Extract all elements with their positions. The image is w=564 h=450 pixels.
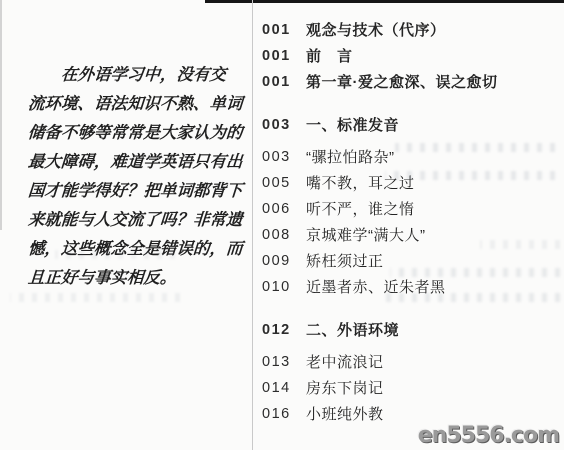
page-bleed-through: [390, 268, 560, 277]
page-bleed-through: [55, 250, 175, 259]
page-bleed-through: [395, 143, 555, 152]
toc-row-item: 016小班纯外教: [262, 406, 558, 423]
toc-entry-title: 一、标准发音: [306, 117, 399, 134]
toc-page-number: 008: [262, 227, 306, 244]
toc-entry-title: 京城难学“满大人”: [306, 227, 426, 244]
toc-page-number: 003: [262, 117, 306, 134]
quote-line: 储备不够等常常是大家认为的: [27, 118, 253, 147]
toc-entry-title: 第一章·爱之愈深、误之愈切: [306, 74, 498, 91]
page-bleed-through: [380, 293, 560, 302]
toc-row-item: 013老中流浪记: [262, 354, 558, 371]
toc-page-number: 001: [262, 22, 306, 39]
quote-line: 来就能与人交流了吗？非常遗: [27, 205, 253, 234]
table-of-contents: 001观念与技术（代序）001前 言001第一章·爱之愈深、误之愈切003一、标…: [262, 22, 558, 432]
book-toc-page-scan: 在外语学习中，没有交流环境、语法知识不熟、单词储备不够等常常是大家认为的最大障碍…: [0, 0, 564, 450]
toc-page-number: 010: [262, 279, 306, 296]
toc-entry-title: 小班纯外教: [306, 406, 384, 423]
toc-page-number: 001: [262, 48, 306, 65]
watermark: en5556.com: [418, 423, 559, 448]
toc-row-section-header: 003一、标准发音: [262, 117, 558, 134]
toc-entry-title: 老中流浪记: [306, 354, 384, 371]
toc-page-number: 006: [262, 201, 306, 218]
toc-page-number: 005: [262, 175, 306, 192]
toc-row-item: 014房东下岗记: [262, 380, 558, 397]
quote-line: 且正好与事实相反。: [27, 263, 253, 292]
toc-entry-title: 听不严，谁之惰: [306, 201, 415, 218]
quote-line: 流环境、语法知识不熟、单词: [27, 89, 253, 118]
page-bleed-through: [10, 293, 180, 302]
page-bleed-through: [385, 171, 555, 180]
scan-edge-left: [0, 0, 2, 230]
toc-page-number: 001: [262, 74, 306, 91]
toc-entry-title: 前 言: [306, 48, 353, 65]
toc-entry-title: 观念与技术（代序）: [306, 22, 446, 39]
quote-line: 最大障碍，难道学英语只有出: [27, 147, 253, 176]
toc-page-number: 003: [262, 149, 306, 166]
toc-row-item: 006听不严，谁之惰: [262, 201, 558, 218]
toc-page-number: 013: [262, 354, 306, 371]
quote-line: 国才能学得好？把单词都背下: [27, 176, 253, 205]
toc-page-number: 014: [262, 380, 306, 397]
toc-row-front-matter: 001前 言: [262, 48, 558, 65]
scan-edge-top: [205, 0, 564, 3]
toc-entry-title: “骡拉怕路杂”: [306, 149, 395, 166]
toc-page-number: 016: [262, 406, 306, 423]
toc-entry-title: 二、外语环境: [306, 322, 399, 339]
toc-row-front-matter: 001第一章·爱之愈深、误之愈切: [262, 74, 558, 91]
toc-entry-title: 矫枉须过正: [306, 253, 384, 270]
toc-page-number: 012: [262, 322, 306, 339]
quote-line: 在外语学习中，没有交: [27, 60, 253, 89]
page-bleed-through: [480, 240, 560, 249]
toc-row-section-header: 012二、外语环境: [262, 322, 558, 339]
toc-row-front-matter: 001观念与技术（代序）: [262, 22, 558, 39]
toc-page-number: 009: [262, 253, 306, 270]
toc-entry-title: 房东下岗记: [306, 380, 384, 397]
